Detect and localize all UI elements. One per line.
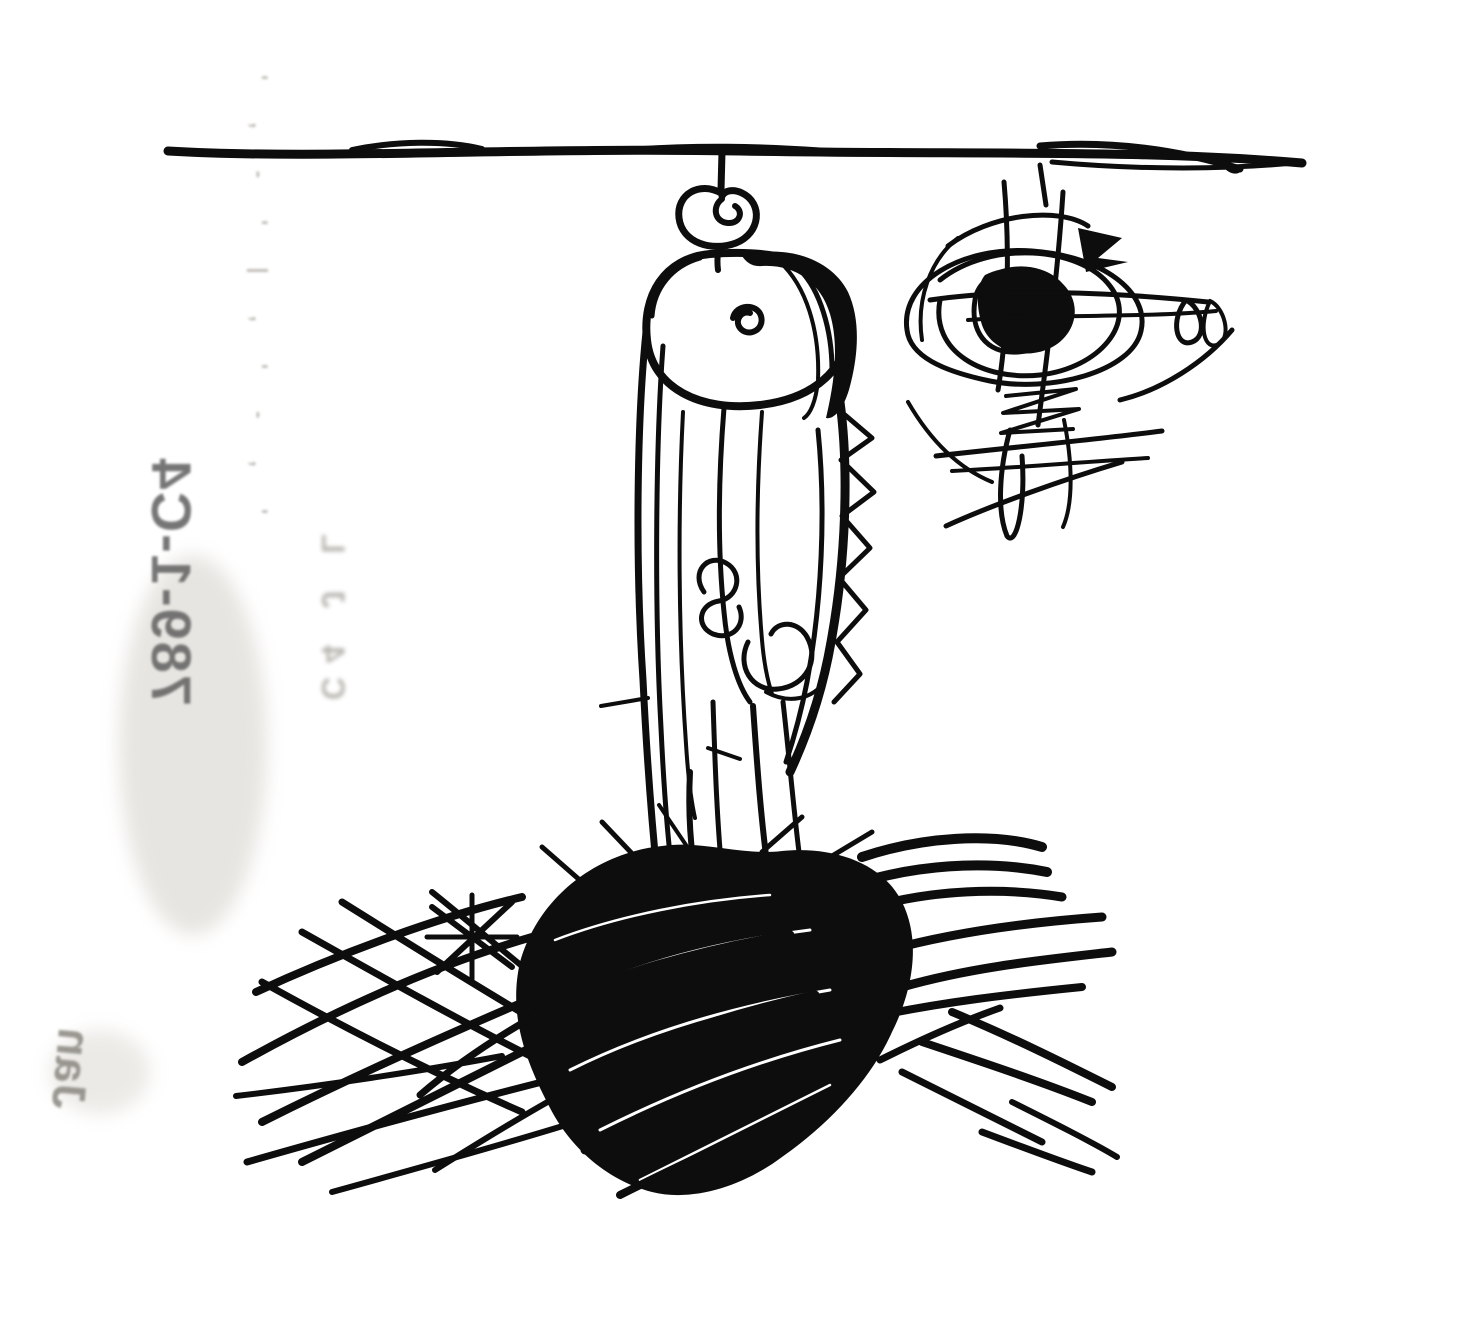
ink-stroke [936,431,1162,456]
ink-stroke [733,307,762,333]
ink-sketch-svg: 789-1-C4 C4 J L ' , - ' | , ' - , ' Jan [0,0,1457,1336]
ink-stroke [978,268,1075,354]
ink-stroke [902,952,1112,987]
ink-stroke [744,624,812,689]
ink-stroke [542,847,582,882]
bleed-margin-ticks: ' , - ' | , ' - , ' [247,75,272,532]
ink-stroke [948,215,1088,246]
ink-stroke [680,412,695,818]
bleed-date-text: Jan [42,1025,101,1111]
ground-mass [516,845,913,1195]
bleed-stamp-text: 789-1-C4 [140,457,203,706]
ink-stroke [168,150,1302,163]
bleed-stamp-secondary: C4 J L [315,520,351,700]
ink-stroke [1078,228,1128,272]
ink-stroke [657,346,673,880]
ink-stroke [862,838,1042,857]
ink-stroke [1040,165,1046,205]
scribble-tangle [906,165,1232,538]
ink-stroke [1052,162,1303,168]
ink-stroke [1177,300,1202,343]
ink-stroke [721,152,722,190]
ceiling-line [168,143,1303,174]
ink-stroke [716,199,740,223]
ink-stroke [882,917,1102,952]
ink-stroke [1063,420,1071,527]
ink-stroke [872,891,1062,907]
figure-head [646,252,857,419]
ink-stroke [659,805,686,845]
ink-stroke [757,412,772,694]
bleed-through-layer: 789-1-C4 C4 J L ' , - ' | , ' - , ' Jan [42,75,351,1114]
ink-stroke [638,332,657,874]
sketch-canvas: 789-1-C4 C4 J L ' , - ' | , ' - , ' Jan [0,0,1457,1336]
